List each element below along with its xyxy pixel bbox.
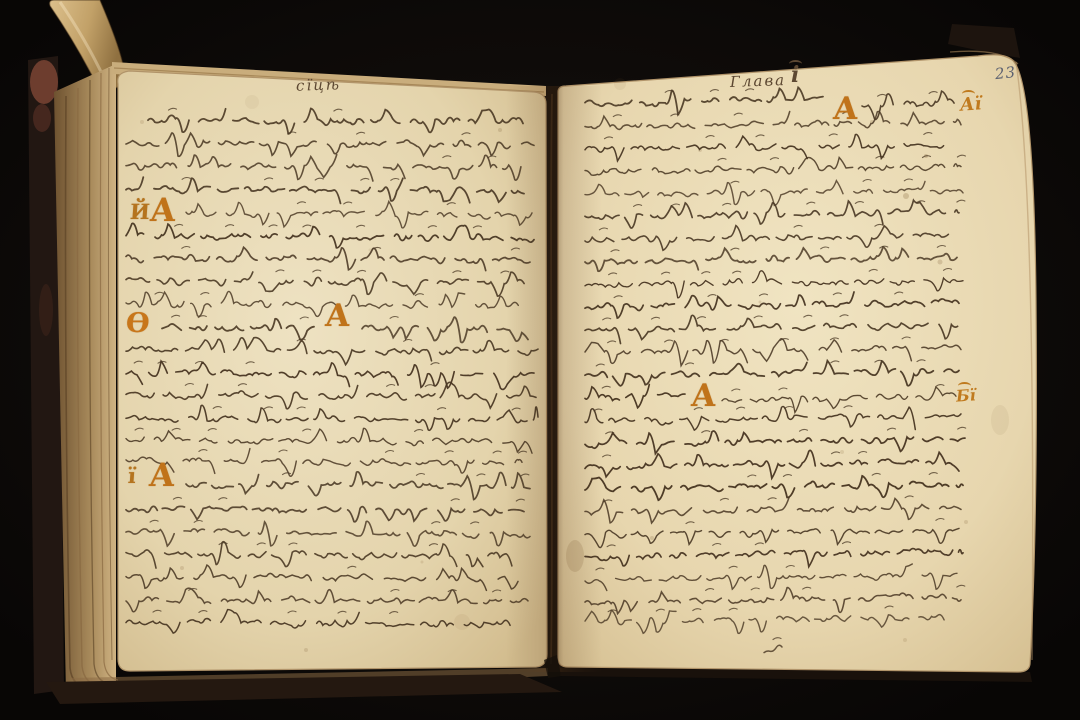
gutter-shadow — [506, 86, 602, 672]
manuscript-photo: сїцѣ Глава і 23 ЙАѲАїААААїБї — [0, 0, 1080, 720]
cover-worn-spot — [30, 60, 58, 104]
gutter-crease — [551, 94, 552, 664]
right-page-surface — [558, 55, 1036, 672]
open-book-illustration — [0, 0, 1080, 720]
cover-worn-spot — [39, 284, 53, 336]
cover-worn-spot — [33, 104, 51, 132]
